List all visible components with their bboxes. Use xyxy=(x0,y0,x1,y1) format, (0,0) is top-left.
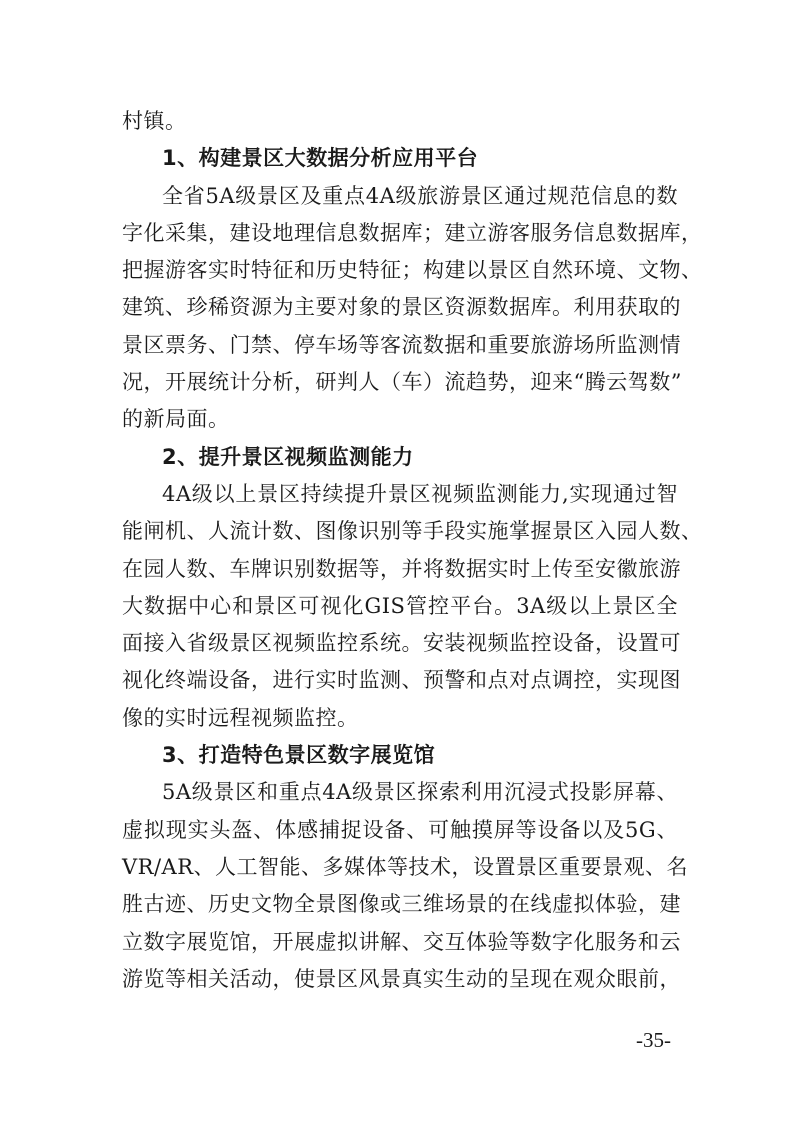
paragraph-line: 大数据中心和景区可视化GIS管控平台。3A级以上景区全 xyxy=(122,588,678,625)
paragraph-line: 字化采集，建设地理信息数据库；建立游客服务信息数据库， xyxy=(122,215,678,252)
paragraph-line: 虚拟现实头盔、体感捕捉设备、可触摸屏等设备以及5G、 xyxy=(122,812,678,849)
paragraph-line: 像的实时远程视频监控。 xyxy=(122,700,678,737)
paragraph-line: 胜古迹、历史文物全景图像或三维场景的在线虚拟体验，建 xyxy=(122,886,678,923)
paragraph-line: 5A级景区和重点4A级景区探索利用沉浸式投影屏幕、 xyxy=(122,774,678,811)
paragraph-line: 的新局面。 xyxy=(122,401,678,438)
paragraph-line: 能闸机、人流计数、图像识别等手段实施掌握景区入园人数、 xyxy=(122,513,678,550)
paragraph-line: 建筑、珍稀资源为主要对象的景区资源数据库。利用获取的 xyxy=(122,289,678,326)
paragraph-line: 在园人数、车牌识别数据等，并将数据实时上传至安徽旅游 xyxy=(122,551,678,588)
paragraph-line: 况，开展统计分析，研判人（车）流趋势，迎来“腾云驾数” xyxy=(122,364,678,401)
section-heading-2: 2、提升景区视频监测能力 xyxy=(122,439,678,476)
page-number: -35- xyxy=(636,1028,671,1053)
section-heading-3: 3、打造特色景区数字展览馆 xyxy=(122,737,678,774)
paragraph-line: VR/AR、人工智能、多媒体等技术，设置景区重要景观、名 xyxy=(122,849,678,886)
paragraph-line: 视化终端设备，进行实时监测、预警和点对点调控，实现图 xyxy=(122,662,678,699)
paragraph-line: 面接入省级景区视频监控系统。安装视频监控设备，设置可 xyxy=(122,625,678,662)
paragraph-line: 游览等相关活动，使景区风景真实生动的呈现在观众眼前， xyxy=(122,961,678,998)
paragraph-line: 4A级以上景区持续提升景区视频监测能力,实现通过智 xyxy=(122,476,678,513)
document-page: 村镇。 1、构建景区大数据分析应用平台 全省5A级景区及重点4A级旅游景区通过规… xyxy=(122,103,678,998)
paragraph-line: 全省5A级景区及重点4A级旅游景区通过规范信息的数 xyxy=(122,178,678,215)
paragraph-line: 景区票务、门禁、停车场等客流数据和重要旅游场所监测情 xyxy=(122,327,678,364)
text-line: 村镇。 xyxy=(122,103,678,140)
paragraph-line: 立数字展览馆，开展虚拟讲解、交互体验等数字化服务和云 xyxy=(122,924,678,961)
paragraph-line: 把握游客实时特征和历史特征；构建以景区自然环境、文物、 xyxy=(122,252,678,289)
section-heading-1: 1、构建景区大数据分析应用平台 xyxy=(122,140,678,177)
